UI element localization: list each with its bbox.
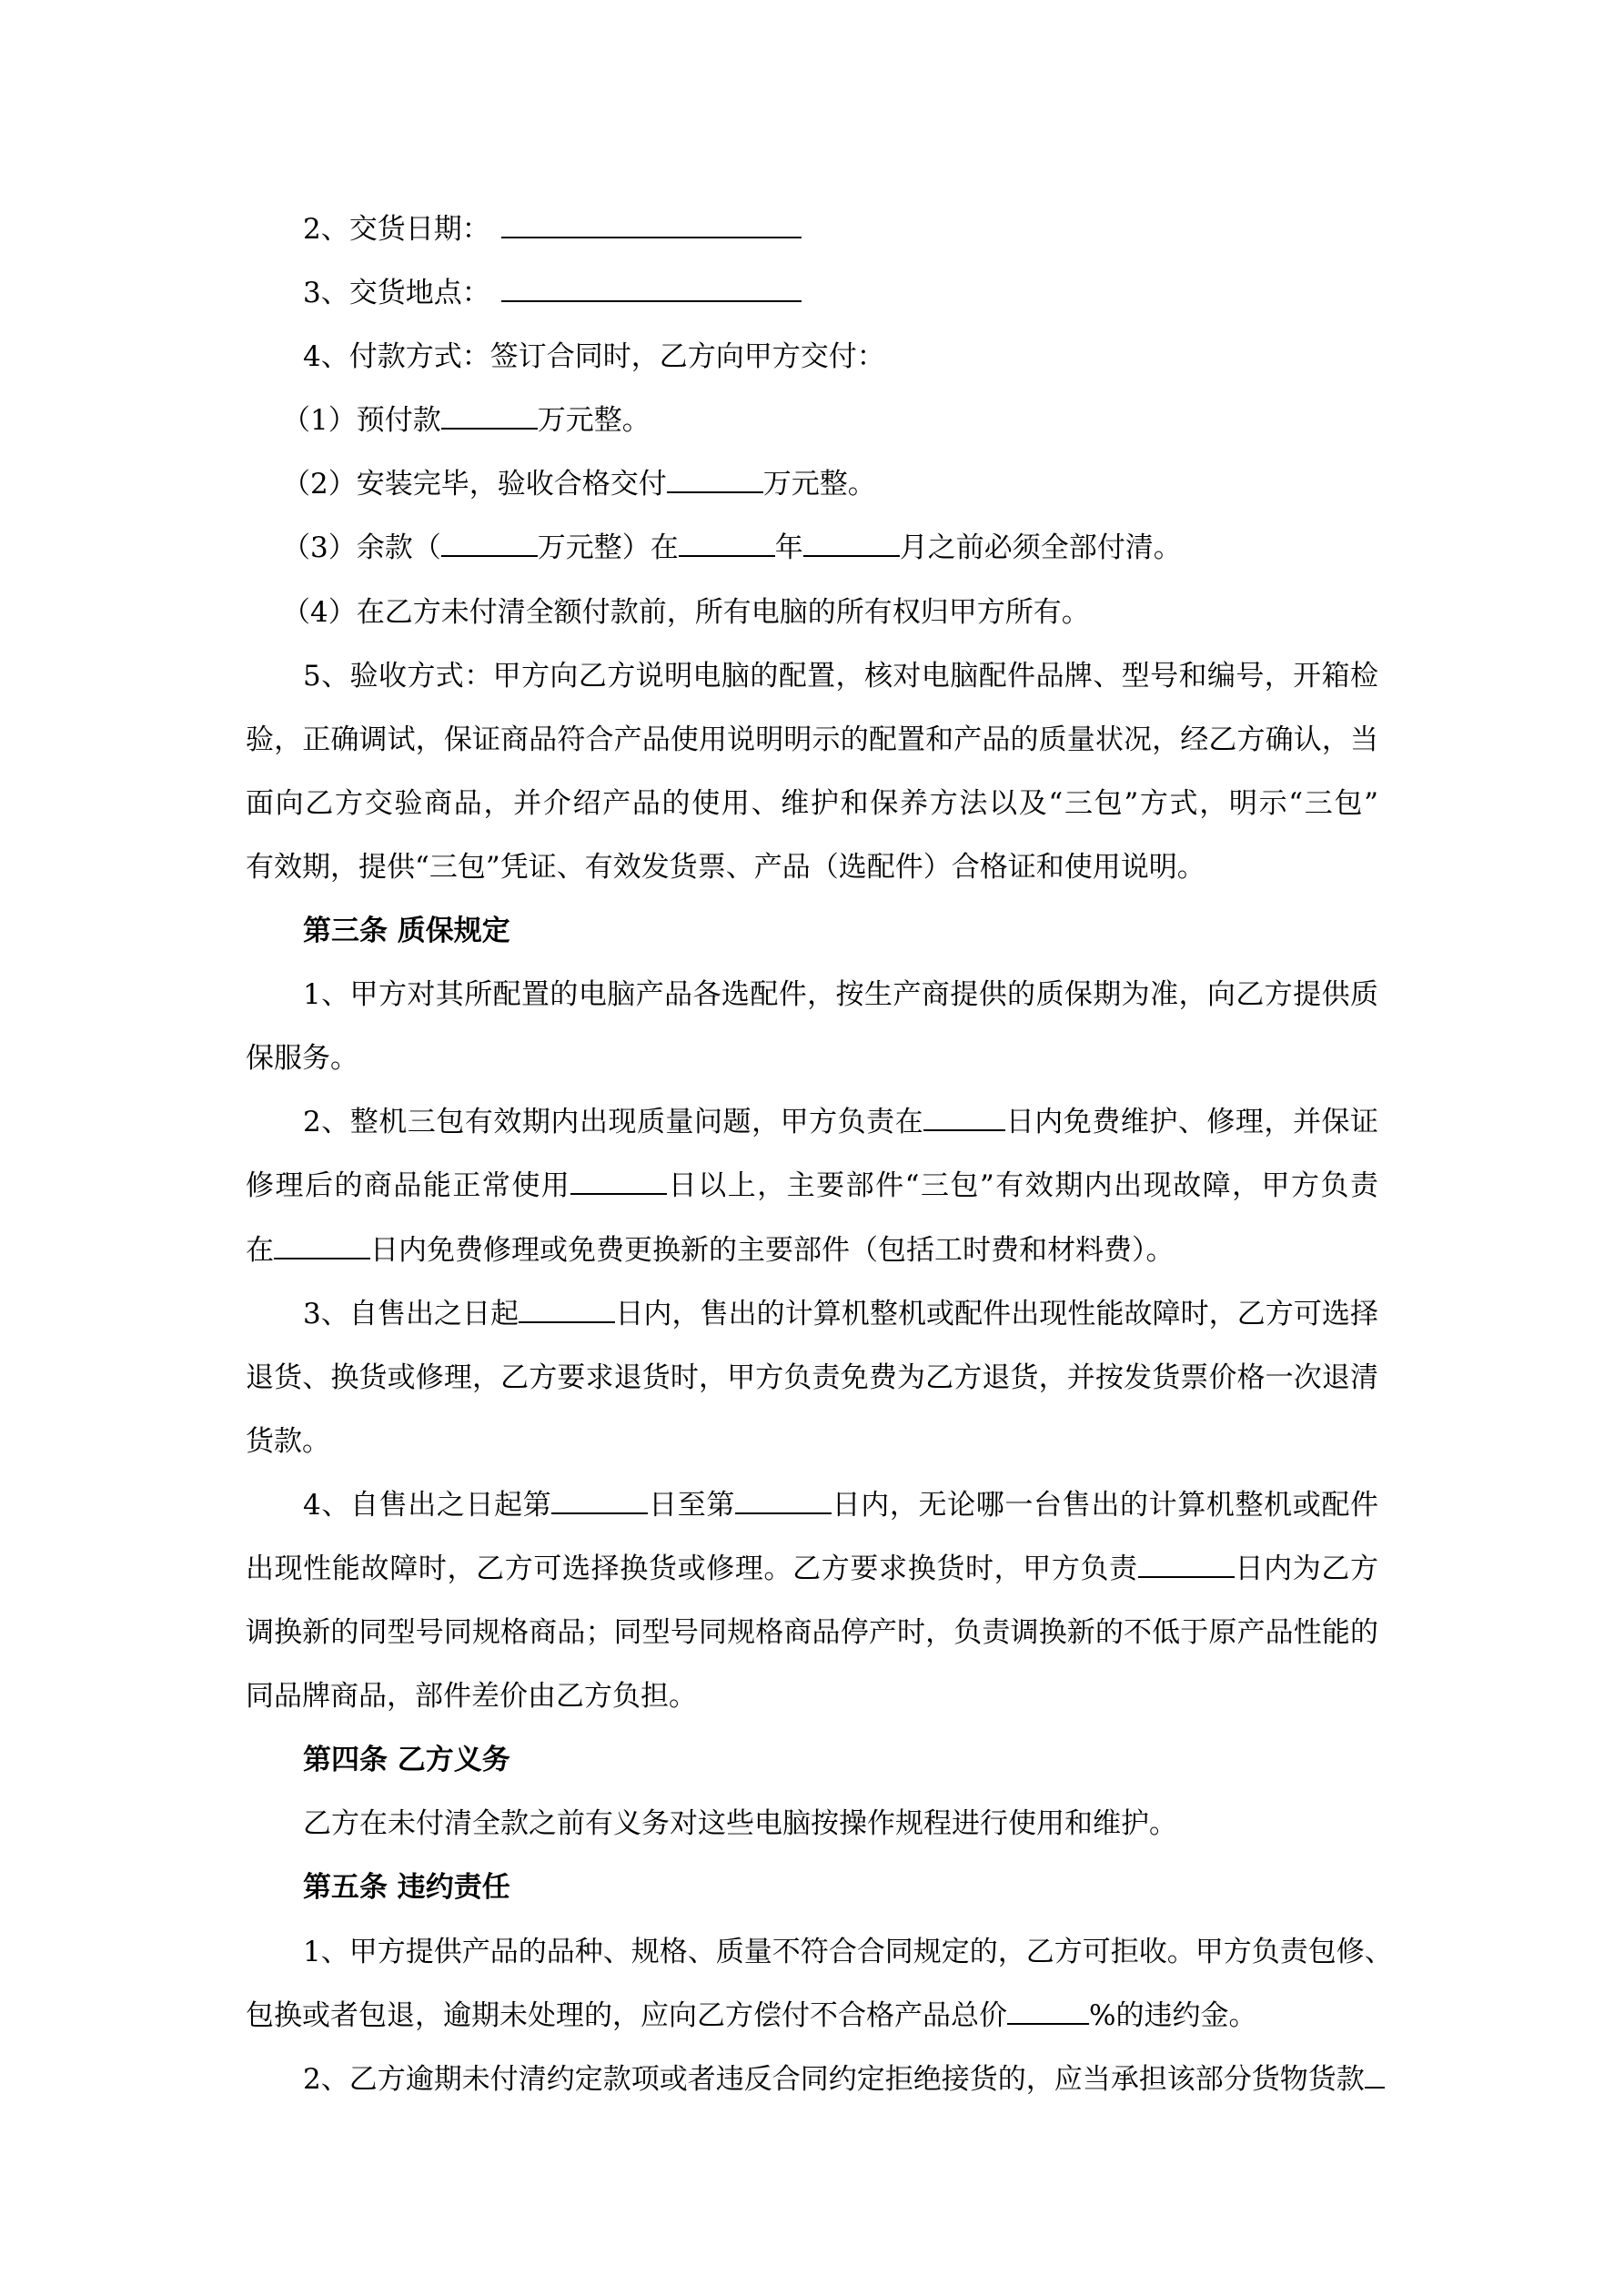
article-3-clause-3-line-2: 退货、换货或修理，乙方要求退货时，甲方负责免费为乙方退货，并按发货票价格一次退清 [246, 1346, 1378, 1410]
delivery-date-blank [501, 213, 802, 238]
delivery-date-label: 2、交货日期： [303, 213, 490, 246]
text-segment: 2、整机三包有效期内出现质量问题，甲方负责在 [303, 1106, 923, 1138]
article-3-clause-3-line-1: 3、自售出之日起日内，售出的计算机整机或配件出现性能故障时，乙方可选择 [246, 1282, 1378, 1346]
text-segment: 在 [246, 1234, 274, 1267]
article-3-clause-4-line-1: 4、自售出之日起第日至第日内，无论哪一台售出的计算机整机或配件 [246, 1473, 1378, 1537]
text-segment: 日至第 [648, 1489, 735, 1522]
payment-item-3-text: （3）余款（ [282, 531, 441, 564]
payment-item-1-unit: 万元整。 [538, 404, 651, 437]
text-segment: 日内免费修理或免费更换新的主要部件（包括工时费和材料费）。 [370, 1234, 1175, 1267]
part-repair-days-blank [274, 1234, 370, 1259]
delivery-place-blank [501, 277, 802, 302]
text-segment: 修理后的商品能正常使用 [246, 1169, 570, 1202]
prepayment-blank [441, 404, 538, 430]
acceptance-line-1: 5、验收方式：甲方向乙方说明电脑的配置，核对电脑配件品牌、型号和编号，开箱检 [246, 644, 1378, 708]
exchange-days-blank [1138, 1553, 1235, 1578]
article-5-clause-1-line-2: 包换或者包退，逾期未处理的，应向乙方偿付不合格产品总价%的违约金。 [246, 1984, 1378, 2048]
text-segment: 日内免费维护、修理，并保证 [1005, 1106, 1378, 1138]
acceptance-line-3: 面向乙方交验商品，并介绍产品的使用、维护和保养方法以及“三包”方式，明示“三包” [246, 772, 1378, 835]
delivery-date-line: 2、交货日期： [246, 197, 1378, 261]
payment-item-2-unit: 万元整。 [763, 468, 876, 501]
article-3-clause-1-line-1: 1、甲方对其所配置的电脑产品各选配件，按生产商提供的质保期为准，向乙方提供质 [246, 963, 1378, 1027]
balance-month-blank [803, 531, 900, 557]
repair-days-blank [923, 1106, 1005, 1131]
article-4-heading: 第四条 乙方义务 [246, 1728, 1378, 1792]
balance-year-blank [679, 531, 775, 557]
text-segment: 日内，无论哪一台售出的计算机整机或配件 [832, 1489, 1378, 1522]
penalty-percent-blank [1007, 1999, 1089, 2025]
acceptance-payment-blank [667, 468, 763, 493]
payment-item-1-text: （1）预付款 [282, 404, 441, 437]
payment-item-3-tail: 月之前必须全部付清。 [900, 531, 1182, 564]
contract-page: 2、交货日期： 3、交货地点： 4、付款方式：签订合同时，乙方向甲方交付： （1… [246, 197, 1378, 2111]
usage-days-blank [570, 1169, 667, 1195]
payment-item-4: （4）在乙方未付清全额付款前，所有电脑的所有权归甲方所有。 [246, 581, 1378, 644]
payment-intro: 4、付款方式：签订合同时，乙方向甲方交付： [246, 325, 1378, 389]
article-3-heading: 第三条 质保规定 [246, 899, 1378, 963]
acceptance-line-4: 有效期，提供“三包”凭证、有效发货票、产品（选配件）合格证和使用说明。 [246, 835, 1378, 899]
payment-item-2-text: （2）安装完毕，验收合格交付 [282, 468, 667, 501]
article-4-body: 乙方在未付清全款之前有义务对这些电脑按操作规程进行使用和维护。 [246, 1792, 1378, 1856]
text-segment: 3、自售出之日起 [303, 1298, 519, 1330]
article-3-clause-2-line-1: 2、整机三包有效期内出现质量问题，甲方负责在日内免费维护、修理，并保证 [246, 1090, 1378, 1154]
acceptance-line-2: 验，正确调试，保证商品符合产品使用说明明示的配置和产品的质量状况，经乙方确认，当 [246, 708, 1378, 772]
text-segment: 日内，售出的计算机整机或配件出现性能故障时，乙方可选择 [615, 1298, 1378, 1330]
delivery-place-line: 3、交货地点： [246, 261, 1378, 325]
article-3-clause-2-line-2: 修理后的商品能正常使用日以上，主要部件“三包”有效期内出现故障，甲方负责 [246, 1154, 1378, 1218]
article-3-clause-4-line-2: 出现性能故障时，乙方可选择换货或修理。乙方要求换货时，甲方负责日内为乙方 [246, 1537, 1378, 1601]
payment-item-3-unit: 万元整）在 [538, 531, 679, 564]
article-3-clause-1-line-2: 保服务。 [246, 1027, 1378, 1090]
article-3-clause-3-line-3: 货款。 [246, 1410, 1378, 1473]
text-segment: 2、乙方逾期未付清约定款项或者违反合同约定拒绝接货的，应当承担该部分货物货款 [303, 2063, 1365, 2096]
text-segment: 4、自售出之日起第 [303, 1489, 551, 1522]
article-3-clause-4-line-4: 同品牌商品，部件差价由乙方负担。 [246, 1664, 1378, 1728]
payment-item-3: （3）余款（万元整）在年月之前必须全部付清。 [246, 516, 1378, 580]
article-3-clause-2-line-3: 在日内免费修理或免费更换新的主要部件（包括工时费和材料费）。 [246, 1219, 1378, 1282]
article-5-heading: 第五条 违约责任 [246, 1856, 1378, 1919]
payment-item-1: （1）预付款万元整。 [246, 389, 1378, 452]
year-label: 年 [775, 531, 803, 564]
exchange-end-day-blank [735, 1489, 832, 1514]
exchange-start-day-blank [551, 1489, 648, 1514]
penalty-amount-blank [1365, 2063, 1385, 2089]
delivery-place-label: 3、交货地点： [303, 277, 490, 309]
text-segment: 日以上，主要部件“三包”有效期内出现故障，甲方负责 [667, 1169, 1378, 1202]
balance-amount-blank [441, 531, 538, 557]
article-5-clause-2-line-1: 2、乙方逾期未付清约定款项或者违反合同约定拒绝接货的，应当承担该部分货物货款 [246, 2048, 1378, 2111]
article-5-clause-1-line-1: 1、甲方提供产品的品种、规格、质量不符合合同规定的，乙方可拒收。甲方负责包修、 [246, 1920, 1378, 1984]
text-segment: 包换或者包退，逾期未处理的，应向乙方偿付不合格产品总价 [246, 1999, 1007, 2032]
article-3-clause-4-line-3: 调换新的同型号同规格商品；同型号同规格商品停产时，负责调换新的不低于原产品性能的 [246, 1601, 1378, 1664]
text-segment: %的违约金。 [1089, 1999, 1256, 2032]
text-segment: 日内为乙方 [1235, 1553, 1378, 1585]
text-segment: 出现性能故障时，乙方可选择换货或修理。乙方要求换货时，甲方负责 [246, 1553, 1138, 1585]
payment-item-2: （2）安装完毕，验收合格交付万元整。 [246, 452, 1378, 516]
return-days-blank [519, 1298, 615, 1323]
